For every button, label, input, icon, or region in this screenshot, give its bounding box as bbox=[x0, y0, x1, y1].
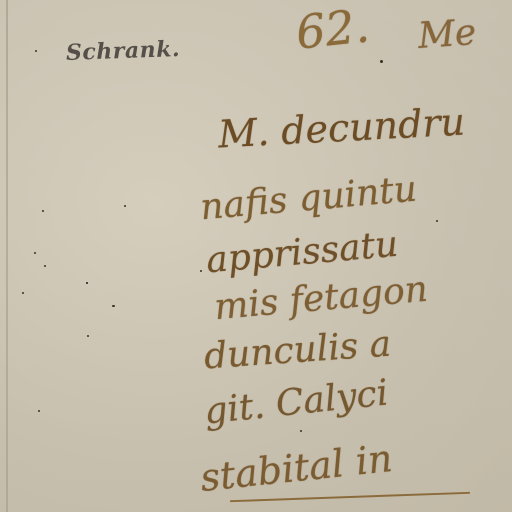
paper-speck bbox=[380, 60, 383, 63]
paper-speck bbox=[86, 282, 88, 284]
paper-speck bbox=[113, 305, 115, 307]
manuscript-page: Schrank. 62. Me M. decundru nafis quintu… bbox=[0, 0, 512, 512]
folio-number: 62. bbox=[293, 0, 371, 60]
page-edge-line bbox=[6, 0, 8, 512]
paper-speck bbox=[42, 210, 44, 212]
manuscript-line: git. Calyci bbox=[202, 372, 390, 432]
heading-fragment: Me bbox=[417, 12, 478, 57]
manuscript-line: dunculis a bbox=[203, 324, 393, 378]
paper-speck bbox=[38, 410, 40, 412]
manuscript-line: M. decundru bbox=[217, 100, 466, 157]
archive-stamp: Schrank. bbox=[66, 36, 181, 66]
paper-speck bbox=[87, 335, 89, 337]
paper-speck bbox=[22, 292, 24, 294]
paper-speck bbox=[436, 220, 438, 222]
paper-speck bbox=[200, 270, 202, 272]
paper-speck bbox=[44, 265, 46, 267]
ink-underline bbox=[230, 492, 470, 502]
paper-speck bbox=[35, 50, 37, 52]
paper-speck bbox=[34, 252, 36, 254]
manuscript-line: stabital in bbox=[198, 436, 394, 500]
paper-speck bbox=[124, 205, 126, 207]
paper-speck bbox=[300, 430, 302, 432]
manuscript-line: nafis quintu bbox=[199, 169, 419, 229]
